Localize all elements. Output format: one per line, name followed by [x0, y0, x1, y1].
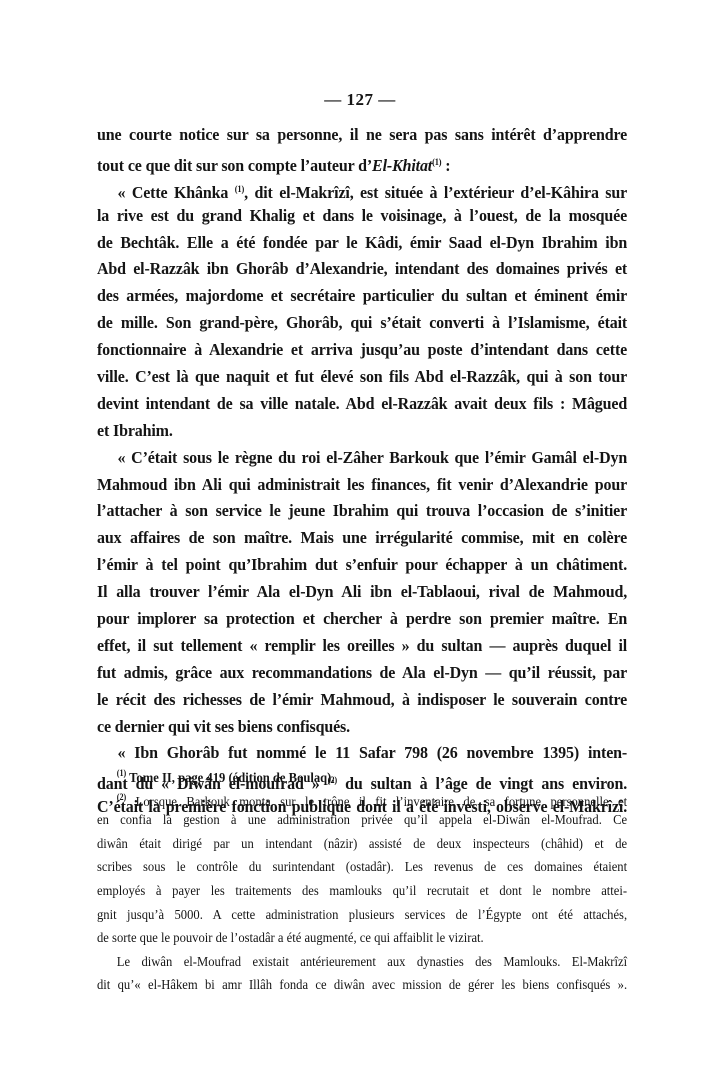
text-line: une courte notice sur sa personne, il ne… — [97, 122, 627, 149]
text-line: de mille. Son grand-père, Ghorâb, qui s’… — [97, 310, 627, 337]
text-line: des armées, majordome et secrétaire part… — [97, 283, 627, 310]
text-line: devint intendant de sa ville natale. Abd… — [97, 391, 627, 418]
footnote-marker: (2) — [117, 792, 126, 802]
text-line: et Ibrahim. — [97, 418, 627, 445]
footnote-ref: (1) — [235, 184, 244, 194]
footnote-2: (2) Lorsque Barkouk monta sur le trône i… — [97, 786, 627, 810]
footnote-line: en confia la gestion à une administratio… — [97, 809, 627, 833]
footnote-line: diwân était dirigé par un intendant (nâz… — [97, 833, 627, 857]
document-page: — 127 — une courte notice sur sa personn… — [0, 0, 720, 1082]
footnote-1: (1) Tome II, page 419 (édition de Boulaq… — [97, 762, 627, 786]
text-segment: , dit el-Makrîzî, est située à l’extérie… — [244, 183, 627, 202]
text-line: « C’était sous le règne du roi el-Zâher … — [97, 445, 627, 472]
text-line: aux affaires de son maître. Mais une irr… — [97, 525, 627, 552]
text-line: ville. C’est là que naquit et fut élevé … — [97, 364, 627, 391]
footnote-ref: (1) — [432, 157, 441, 167]
book-title: El-Khitat — [372, 156, 432, 175]
footnote-line: dit qu’« el-Hâkem bi amr Illâh fonda ce … — [97, 974, 627, 998]
text-line: Mahmoud ibn Ali qui administrait les fin… — [97, 472, 627, 499]
text-line: « Cette Khânka (1), dit el-Makrîzî, est … — [97, 176, 627, 203]
text-line: fonctionnaire à Alexandrie et arriva jus… — [97, 337, 627, 364]
footnote-line: scribes sous le contrôle du surintendant… — [97, 856, 627, 880]
text-line: effet, il sut tellement « remplir les or… — [97, 633, 627, 660]
text-line: le récit des richesses de l’émir Mahmoud… — [97, 687, 627, 714]
footnote-text: Lorsque Barkouk monta sur le trône il fi… — [126, 795, 627, 810]
text-line: Il alla trouver l’émir Ala el-Dyn Ali ib… — [97, 579, 627, 606]
text-segment: : — [441, 156, 450, 175]
text-line: tout ce que dit sur son compte l’auteur … — [97, 149, 627, 176]
text-line: l’émir à tel point qu’Ibrahim dut s’enfu… — [97, 552, 627, 579]
footnote-marker: (1) — [117, 768, 126, 778]
page-number: — 127 — — [0, 90, 720, 110]
text-segment: « Cette Khânka — [117, 183, 228, 202]
text-line: Abd el-Razzâk ibn Ghorâb d’Alexandrie, i… — [97, 256, 627, 283]
text-segment: tout ce que dit sur son compte l’auteur … — [97, 156, 372, 175]
text-line: l’attacher à son service le jeune Ibrahi… — [97, 498, 627, 525]
footnotes: (1) Tome II, page 419 (édition de Boulaq… — [97, 762, 627, 998]
text-line: pour implorer sa protection et chercher … — [97, 606, 627, 633]
footnote-text: Tome II, page 419 (édition de Boulaq). — [126, 771, 334, 786]
text-line: de Bechtâk. Elle a été fondée par le Kâd… — [97, 230, 627, 257]
footnote-line: gnit jusqu’à 5000. A cette administratio… — [97, 904, 627, 928]
main-text: une courte notice sur sa personne, il ne… — [97, 122, 627, 821]
footnote-line: Le diwân el-Moufrad existait antérieurem… — [97, 951, 627, 975]
text-line: fut admis, grâce aux recommandations de … — [97, 660, 627, 687]
text-line: ce dernier qui vit ses biens confisqués. — [97, 714, 627, 741]
text-line: la rive est du grand Khalig et dans le v… — [97, 203, 627, 230]
footnote-line: de sorte que le pouvoir de l’ostadâr a é… — [97, 927, 627, 951]
footnote-line: employés à payer les traitements des mam… — [97, 880, 627, 904]
